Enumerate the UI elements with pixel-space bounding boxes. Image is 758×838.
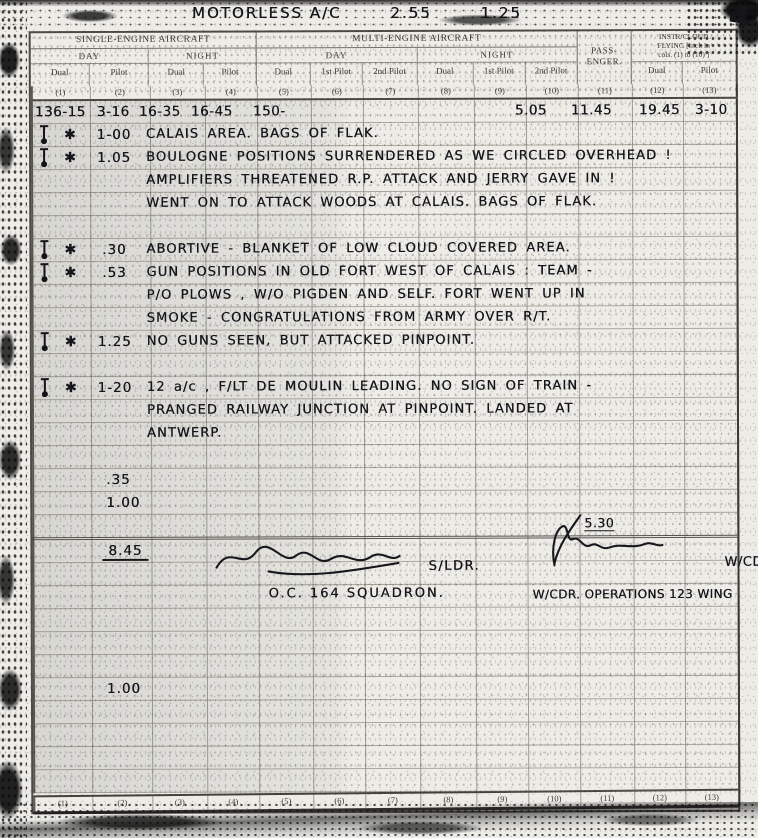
- motorless-night-time: 1.25: [481, 4, 522, 22]
- table-header: SINGLE-ENGINE AIRCRAFT DAY Dual Pilot NI…: [31, 31, 736, 101]
- log-row: ✱1-2012 a/c , F/LT DE MOULIN LEADING. NO…: [32, 375, 737, 400]
- header-column-numbers: (1)(2)(3)(4)(5)(6)(7)(8)(9)(10)(11)(12)(…: [31, 84, 736, 99]
- log-row: 1.00: [32, 490, 737, 515]
- grid-vline: [311, 85, 312, 98]
- signature-row: [32, 561, 737, 586]
- se-night-pilot-header: Pilot: [204, 63, 256, 85]
- total-c5: 150-: [253, 103, 286, 119]
- duration-entry: 1-00: [87, 127, 141, 143]
- column-number: (5): [279, 86, 289, 96]
- se-day-dual-header: Dual: [31, 64, 90, 86]
- passenger-line2: ENGER.: [578, 56, 631, 67]
- instr-cloud-section: INSTR/CLOUD FLYING [Incl. in cols. (1) t…: [632, 31, 736, 84]
- single-engine-title: SINGLE-ENGINE AIRCRAFT: [31, 32, 256, 49]
- corner-page-mark: 4: [726, 0, 753, 37]
- me-night-2nd-pilot-header: 2nd Pilot: [525, 62, 577, 84]
- log-row: [31, 214, 736, 239]
- grid-vline: [683, 84, 684, 97]
- total-c13: 3-10: [695, 102, 728, 118]
- column2-total: 8.45: [102, 543, 148, 561]
- log-row: [33, 768, 738, 793]
- se-night-dual-header: Dual: [149, 64, 204, 86]
- asterisk-mark: ✱: [64, 150, 76, 166]
- me-night-group: NIGHT Dual 1st Pilot 2nd Pilot: [417, 47, 577, 85]
- asterisk-mark: ✱: [65, 380, 77, 396]
- se-day-cells: Dual Pilot: [31, 64, 149, 86]
- remark-text: BOULOGNE POSITIONS SURRENDERED AS WE CIR…: [146, 148, 672, 165]
- me-day-2nd-pilot-header: 2nd Pilot: [363, 63, 417, 85]
- duration-entry: 1.25: [88, 334, 142, 350]
- log-row: ✱1.05BOULOGNE POSITIONS SURRENDERED AS W…: [31, 145, 736, 170]
- grid-vline: [578, 84, 579, 97]
- grid-vline: [150, 86, 151, 99]
- grid-vline: [259, 795, 260, 809]
- log-row: [32, 352, 737, 377]
- grid-vline: [257, 85, 258, 98]
- column-number: (3): [172, 87, 182, 97]
- se-day-pilot-header: Pilot: [90, 64, 149, 86]
- grid-vline: [476, 793, 477, 807]
- sortie-symbol: [44, 333, 46, 349]
- se-night-group: NIGHT Dual Pilot: [149, 48, 256, 85]
- log-row: ✱.53GUN POSITIONS IN OLD FORT WEST OF CA…: [31, 260, 736, 285]
- grid-vline: [313, 795, 314, 809]
- instr-line2: FLYING [Incl. in: [632, 41, 736, 50]
- duration-entry: .30: [87, 242, 141, 258]
- log-row: [33, 722, 738, 747]
- remark-text: WENT ON TO ATTACK WOODS AT CALAIS. BAGS …: [146, 194, 597, 211]
- certification-row: [33, 584, 738, 609]
- column-number: (9): [495, 86, 505, 96]
- log-row: PRANGED RAILWAY JUNCTION AT PINPOINT. LA…: [32, 398, 737, 423]
- passenger-line1: PASS-: [578, 45, 631, 56]
- log-row: 1.00: [33, 676, 738, 701]
- column-number: (11): [598, 85, 612, 95]
- duration-entry: 1-20: [88, 380, 142, 396]
- remark-text: 12 a/c , F/LT DE MOULIN LEADING. NO SIGN…: [147, 378, 592, 395]
- multi-engine-section: MULTI-ENGINE AIRCRAFT DAY Dual 1st Pilot…: [257, 31, 578, 85]
- me-night-dual-header: Dual: [417, 63, 473, 85]
- log-row: [33, 607, 738, 632]
- header-row: SINGLE-ENGINE AIRCRAFT DAY Dual Pilot NI…: [31, 31, 736, 86]
- duration-entry: .53: [87, 265, 141, 281]
- column-number: (7): [388, 795, 398, 805]
- instr-line1: INSTR/CLOUD: [632, 32, 736, 41]
- asterisk-mark: ✱: [64, 127, 76, 143]
- sortie-symbol: [43, 149, 45, 165]
- log-row: ✱.30ABORTIVE - BLANKET OF LOW CLOUD COVE…: [31, 237, 736, 262]
- grid-vline: [365, 794, 366, 808]
- asterisk-mark: ✱: [64, 265, 76, 281]
- me-day-1st-pilot-header: 1st Pilot: [311, 63, 363, 85]
- column-number: (4): [226, 87, 236, 97]
- column-number: (8): [441, 86, 451, 96]
- log-row: [32, 513, 737, 540]
- duration-entry: 1.05: [87, 150, 141, 166]
- column-number: (13): [702, 85, 716, 95]
- column-number: (6): [332, 86, 342, 96]
- column-number: (1): [58, 798, 68, 808]
- remark-text: P/O PLOWS , W/O PIGDEN AND SELF. FORT WE…: [147, 286, 586, 303]
- remark-text: PRANGED RAILWAY JUNCTION AT PINPOINT. LA…: [147, 401, 574, 417]
- sortie-symbol: [43, 264, 45, 280]
- column-number: (2): [117, 797, 127, 807]
- column-number: (7): [385, 86, 395, 96]
- flying-log-table: SINGLE-ENGINE AIRCRAFT DAY Dual Pilot NI…: [29, 29, 741, 814]
- instr-pilot-header: Pilot: [683, 62, 736, 84]
- grid-vline: [90, 86, 91, 99]
- me-day-group: DAY Dual 1st Pilot 2nd Pilot: [257, 48, 418, 86]
- log-row: AMPLIFIERS THREATENED R.P. ATTACK AND JE…: [31, 168, 736, 193]
- grid-vline: [363, 85, 364, 98]
- sortie-symbol: [44, 379, 46, 395]
- log-row: SMOKE - CONGRATULATIONS FROM ARMY OVER R…: [32, 306, 737, 331]
- log-row: ✱1.25NO GUNS SEEN, BUT ATTACKED PINPOINT…: [32, 329, 737, 354]
- column-number: (10): [545, 85, 559, 95]
- logbook-scan-page: MOTORLESS A/C 2.55 1.25 SINGLE-ENGINE AI…: [0, 0, 758, 838]
- remark-text: CALAIS AREA. BAGS OF FLAK.: [146, 126, 379, 142]
- column-number: (1): [55, 87, 65, 97]
- asterisk-mark: ✱: [64, 242, 76, 258]
- log-row: [33, 699, 738, 724]
- me-night-label: NIGHT: [417, 47, 577, 63]
- log-row: [32, 444, 737, 469]
- duration-entry: 1.00: [107, 681, 161, 697]
- grid-vline: [526, 85, 527, 98]
- total-c3: 16-35: [139, 104, 181, 120]
- me-night-cells: Dual 1st Pilot 2nd Pilot: [417, 62, 577, 85]
- grid-vline: [474, 85, 475, 98]
- grid-vline: [31, 86, 33, 99]
- log-row: ✱1-00CALAIS AREA. BAGS OF FLAK.: [31, 122, 736, 147]
- total-c2: 3-16: [97, 104, 130, 120]
- period-totals-row: 8.45: [32, 538, 737, 563]
- column-number: (6): [334, 795, 344, 805]
- grid-vline: [738, 791, 740, 805]
- column-number: (8): [443, 794, 453, 804]
- instr-dual-header: Dual: [632, 62, 683, 84]
- instr-cloud-title: INSTR/CLOUD FLYING [Incl. in cols. (1) t…: [632, 31, 736, 62]
- grid-vline: [420, 794, 421, 808]
- remark-text: ANTWERP.: [147, 426, 222, 441]
- me-day-cells: Dual 1st Pilot 2nd Pilot: [257, 63, 417, 86]
- log-entries-area: S/LDR. O.C. 164 SQUADRON. 5.30 W/CD W/CD…: [31, 99, 738, 793]
- multi-engine-title: MULTI-ENGINE AIRCRAFT: [257, 31, 577, 48]
- multi-engine-subrow: DAY Dual 1st Pilot 2nd Pilot NIGHT Dual: [257, 47, 577, 85]
- column-number: (12): [650, 85, 664, 95]
- log-row: [33, 745, 738, 770]
- grid-vline: [685, 791, 686, 805]
- top-handwritten-note: MOTORLESS A/C 2.55 1.25: [192, 4, 522, 22]
- grid-vline: [152, 796, 153, 810]
- duration-entry: .35: [106, 472, 160, 488]
- column-number: (4): [228, 796, 238, 806]
- grid-vline: [205, 86, 206, 99]
- log-row: ANTWERP.: [32, 421, 737, 446]
- total-c11: 11.45: [571, 102, 612, 118]
- column-number: (10): [547, 793, 561, 803]
- sortie-symbol: [43, 126, 45, 142]
- single-engine-subrow: DAY Dual Pilot NIGHT Dual Pilot: [31, 48, 256, 86]
- totals-brought-forward-row: 136-153-1616-3516-45150-5.0511.4519.453-…: [31, 99, 736, 124]
- grid-vline: [634, 792, 635, 806]
- log-row: .35: [32, 467, 737, 492]
- grid-vline: [207, 796, 208, 810]
- me-night-1st-pilot-header: 1st Pilot: [473, 63, 525, 85]
- grid-vline: [92, 797, 93, 811]
- se-night-label: NIGHT: [149, 48, 256, 63]
- grid-vline: [418, 85, 419, 98]
- log-row: WENT ON TO ATTACK WOODS AT CALAIS. BAGS …: [31, 191, 736, 216]
- se-day-label: DAY: [31, 49, 149, 64]
- grid-vline: [33, 797, 35, 811]
- single-engine-section: SINGLE-ENGINE AIRCRAFT DAY Dual Pilot NI…: [31, 32, 257, 86]
- grid-vline: [528, 793, 529, 807]
- log-row: [33, 653, 738, 678]
- sortie-symbol: [43, 241, 45, 257]
- column-number: (12): [653, 792, 667, 802]
- total-c12: 19.45: [639, 102, 680, 118]
- column-number: (11): [600, 793, 614, 803]
- column-number: (9): [497, 794, 507, 804]
- me-day-dual-header: Dual: [257, 63, 311, 85]
- passenger-header: PASS- ENGER.: [578, 31, 632, 84]
- column-number: (5): [281, 796, 291, 806]
- remark-text: NO GUNS SEEN, BUT ATTACKED PINPOINT.: [147, 333, 475, 349]
- instr-cells: Dual Pilot: [632, 62, 736, 84]
- scan-left-edge: [0, 0, 27, 838]
- remark-text: GUN POSITIONS IN OLD FORT WEST OF CALAIS…: [146, 263, 592, 280]
- remark-text: AMPLIFIERS THREATENED R.P. ATTACK AND JE…: [146, 171, 616, 188]
- se-night-cells: Dual Pilot: [149, 63, 256, 85]
- column-number: (2): [115, 87, 125, 97]
- column-number: (13): [705, 792, 719, 802]
- total-c1: 136-15: [35, 104, 86, 120]
- me-day-label: DAY: [257, 48, 417, 64]
- grid-vline: [736, 84, 738, 97]
- remark-text: ABORTIVE - BLANKET OF LOW CLOUD COVERED …: [146, 240, 570, 256]
- total-c4: 16-45: [191, 104, 233, 120]
- total-c10: 5.05: [515, 102, 547, 118]
- remark-text: SMOKE - CONGRATULATIONS FROM ARMY OVER R…: [147, 309, 552, 325]
- motorless-day-time: 2.55: [390, 4, 431, 22]
- instr-line3: cols. (1) to (10) ]: [632, 50, 736, 59]
- se-day-group: DAY Dual Pilot: [31, 49, 150, 86]
- grid-vline: [580, 792, 581, 806]
- duration-entry: 1.00: [106, 495, 160, 511]
- column-number: (3): [175, 797, 185, 807]
- log-row: P/O PLOWS , W/O PIGDEN AND SELF. FORT WE…: [32, 283, 737, 308]
- grid-vline: [632, 84, 633, 97]
- motorless-note-label: MOTORLESS A/C: [192, 4, 342, 22]
- asterisk-mark: ✱: [65, 334, 77, 350]
- log-row: [33, 630, 738, 655]
